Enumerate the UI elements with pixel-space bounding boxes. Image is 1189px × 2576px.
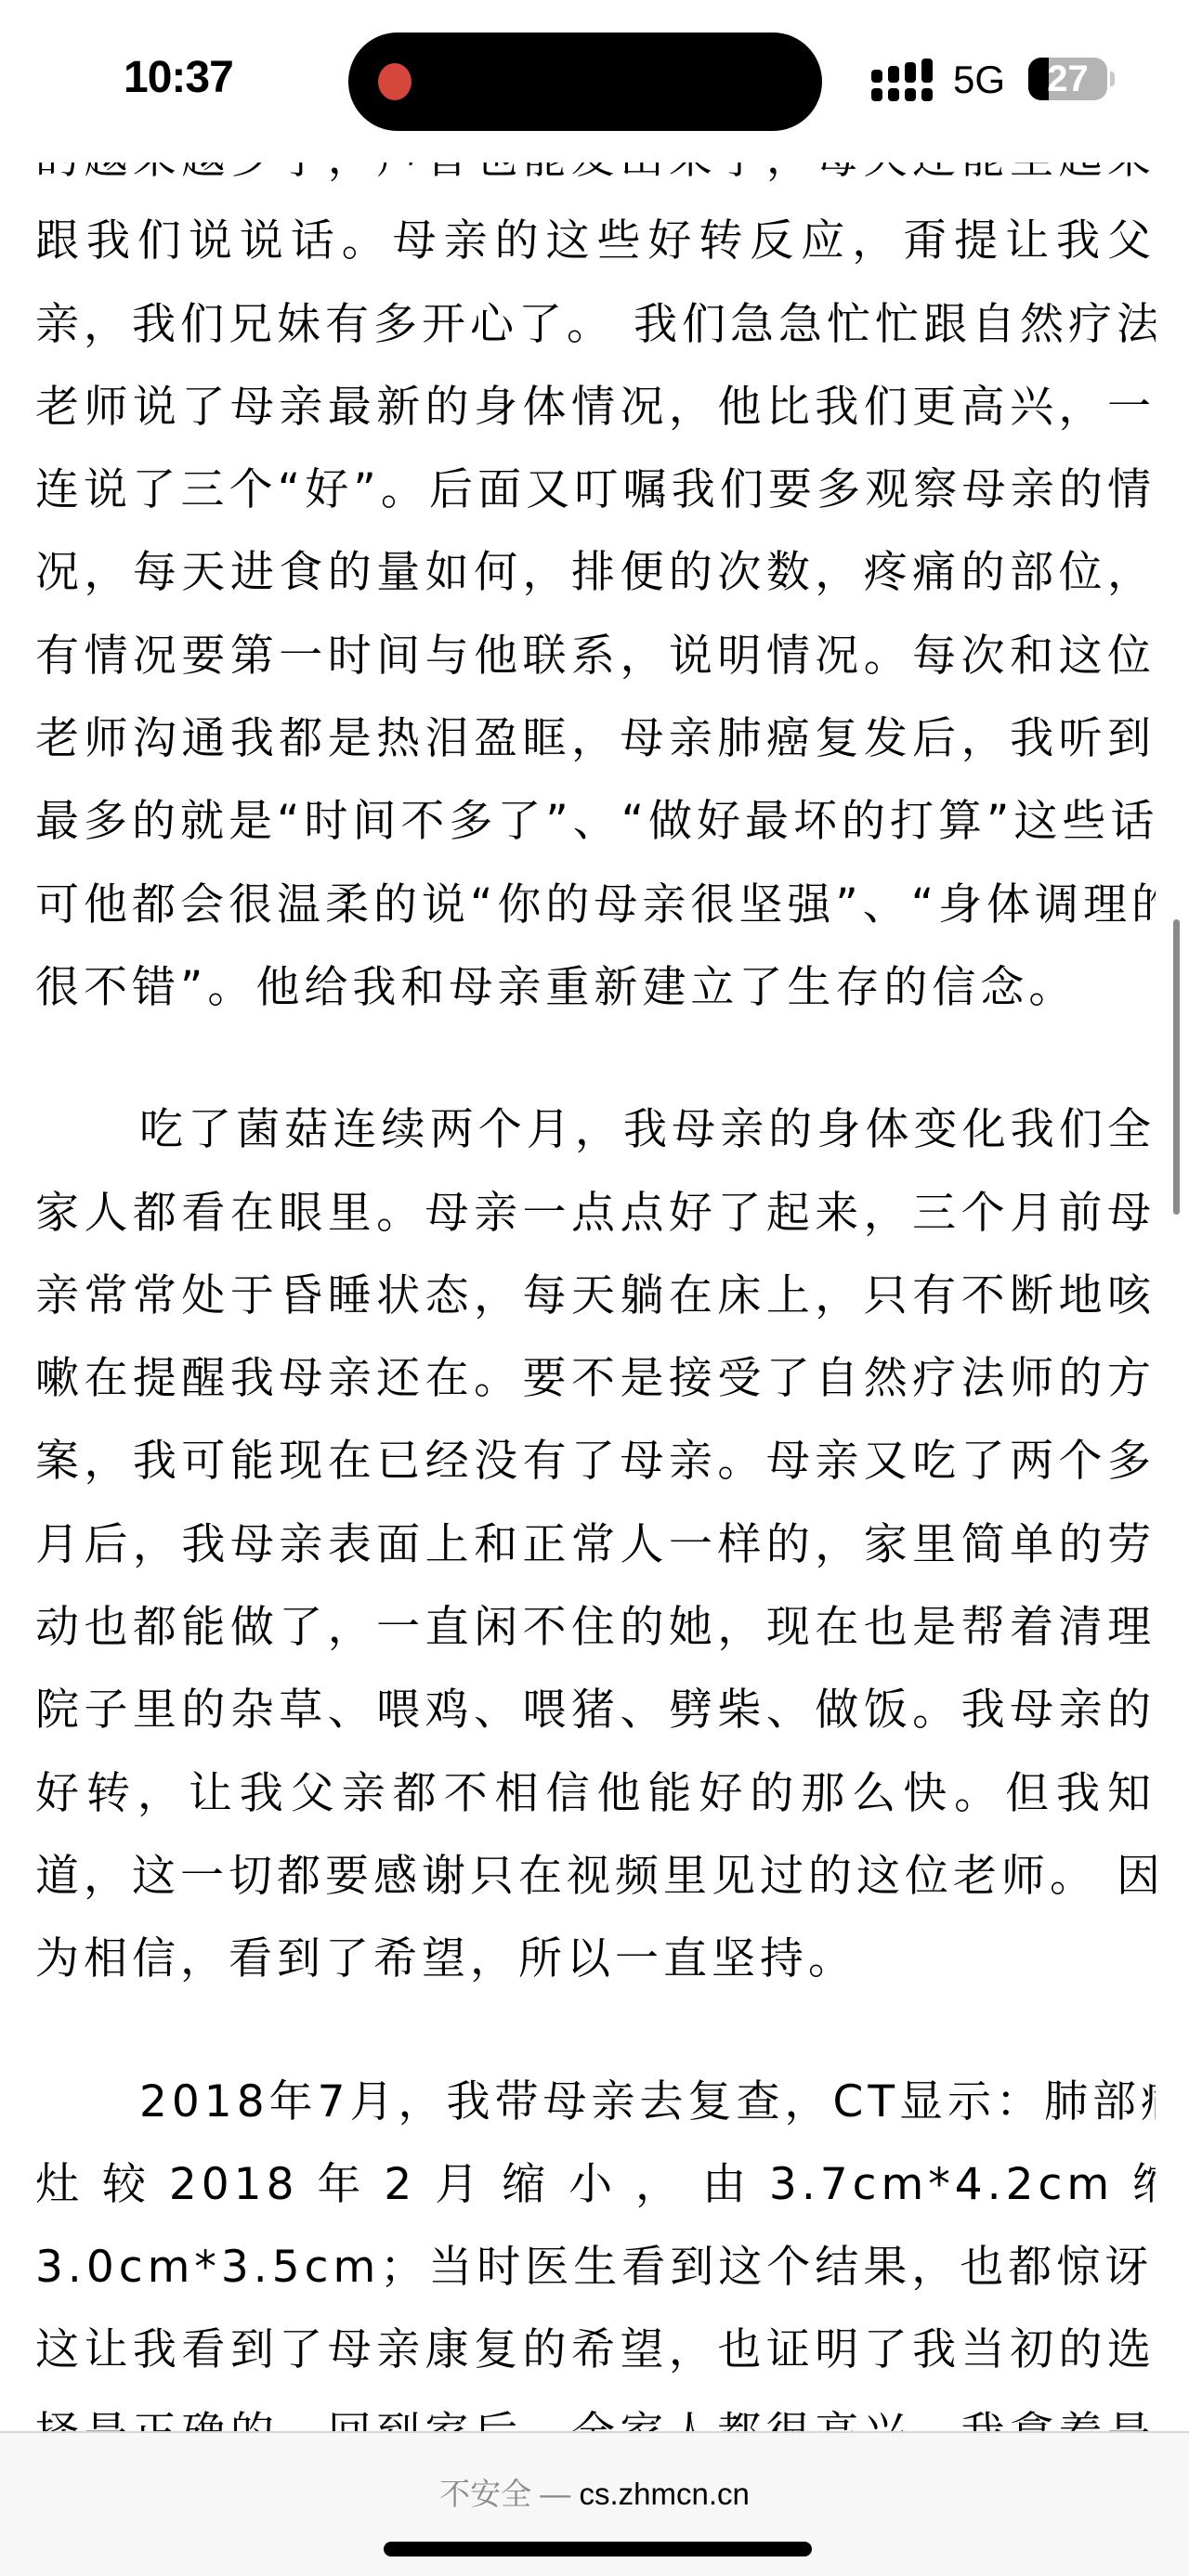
battery-cap-icon xyxy=(1110,72,1115,86)
text-line: 这让我看到了母亲康复的希望，也证明了我当初的选 xyxy=(35,2309,1156,2391)
text-line: 亲，我们兄妹有多开心了。 我们急急忙忙跟自然疗法 xyxy=(35,283,1156,366)
text-line: 吃了菌菇连续两个月，我母亲的身体变化我们全 xyxy=(35,1088,1156,1171)
separator: — xyxy=(540,2477,570,2511)
text-line: 老师沟通我都是热泪盈眶，母亲肺癌复发后，我听到 xyxy=(35,697,1156,780)
not-secure-label: 不安全 xyxy=(439,2477,531,2511)
paragraph: 吃了菌菇连续两个月，我母亲的身体变化我们全 家人都看在眼里。母亲一点点好了起来，… xyxy=(35,1088,1156,2000)
clock: 10:37 xyxy=(124,52,233,103)
status-bar: 10:37 5G 27 xyxy=(0,0,1189,163)
text-line: 有情况要第一时间与他联系，说明情况。每次和这位 xyxy=(35,615,1156,697)
text-line: 连说了三个“好”。后面又叮嘱我们要多观察母亲的情 xyxy=(35,449,1156,531)
network-type: 5G xyxy=(953,58,1005,102)
text-line: 嗽在提醒我母亲还在。要不是接受了自然疗法师的方 xyxy=(35,1337,1156,1420)
text-line: 月后，我母亲表面上和正常人一样的，家里简单的劳 xyxy=(35,1503,1156,1586)
text-line: 最多的就是“时间不多了”、“做好最坏的打算”这些话， xyxy=(35,780,1156,863)
text-line: 案，我可能现在已经没有了母亲。母亲又吃了两个多 xyxy=(35,1420,1156,1503)
text-line: 很不错”。他给我和母亲重新建立了生存的信念。 xyxy=(35,946,1156,1029)
battery-icon: 27 xyxy=(1028,58,1107,100)
text-line: 好转，让我父亲都不相信他能好的那么快。但我知 xyxy=(35,1752,1156,1835)
vertical-scrollbar[interactable] xyxy=(1173,919,1180,1215)
text-line: 为相信，看到了希望，所以一直坚持。 xyxy=(35,1918,1156,2000)
cellular-signal-icon xyxy=(871,59,933,101)
text-line: 3.0cm*3.5cm；当时医生看到这个结果，也都惊讶了！ xyxy=(35,2226,1156,2309)
text-line: 家人都看在眼里。母亲一点点好了起来，三个月前母 xyxy=(35,1172,1156,1255)
article-body: 的越来越少了，声音也能发出来了，每天还能坐起来 跟我们说说话。母亲的这些好转反应… xyxy=(35,117,1156,2534)
text-line: 灶 较 2018 年 2 月 缩 小 ， 由 3.7cm*4.2cm 缩 小 为 xyxy=(35,2143,1156,2226)
dynamic-island[interactable] xyxy=(348,33,822,131)
text-line: 道，这一切都要感谢只在视频里见过的这位老师。 因 xyxy=(35,1835,1156,1918)
text-line: 可他都会很温柔的说“你的母亲很坚强”、“身体调理的 xyxy=(35,864,1156,946)
text-line: 院子里的杂草、喂鸡、喂猪、劈柴、做饭。我母亲的 xyxy=(35,1669,1156,1751)
address-bar[interactable]: 不安全 — cs.zhmcn.cn xyxy=(0,2470,1189,2514)
paragraph: 的越来越少了，声音也能发出来了，每天还能坐起来 跟我们说说话。母亲的这些好转反应… xyxy=(35,117,1156,1029)
text-line: 老师说了母亲最新的身体情况，他比我们更高兴，一 xyxy=(35,366,1156,449)
url-domain: cs.zhmcn.cn xyxy=(579,2477,749,2511)
home-indicator[interactable] xyxy=(384,2542,812,2556)
text-line: 亲常常处于昏睡状态，每天躺在床上，只有不断地咳 xyxy=(35,1255,1156,1337)
text-line: 2018年7月，我带母亲去复查，CT显示：肺部病 xyxy=(35,2061,1156,2143)
battery-percent: 27 xyxy=(1028,58,1107,100)
text-line: 跟我们说说话。母亲的这些好转反应，甭提让我父 xyxy=(35,200,1156,282)
text-line: 况，每天进食的量如何，排便的次数，疼痛的部位， xyxy=(35,531,1156,614)
browser-bottom-toolbar: 不安全 — cs.zhmcn.cn xyxy=(0,2431,1189,2576)
paragraph: 2018年7月，我带母亲去复查，CT显示：肺部病 灶 较 2018 年 2 月 … xyxy=(35,2061,1156,2475)
recording-indicator-icon xyxy=(378,63,412,100)
text-line: 动也都能做了，一直闲不住的她，现在也是帮着清理 xyxy=(35,1586,1156,1669)
